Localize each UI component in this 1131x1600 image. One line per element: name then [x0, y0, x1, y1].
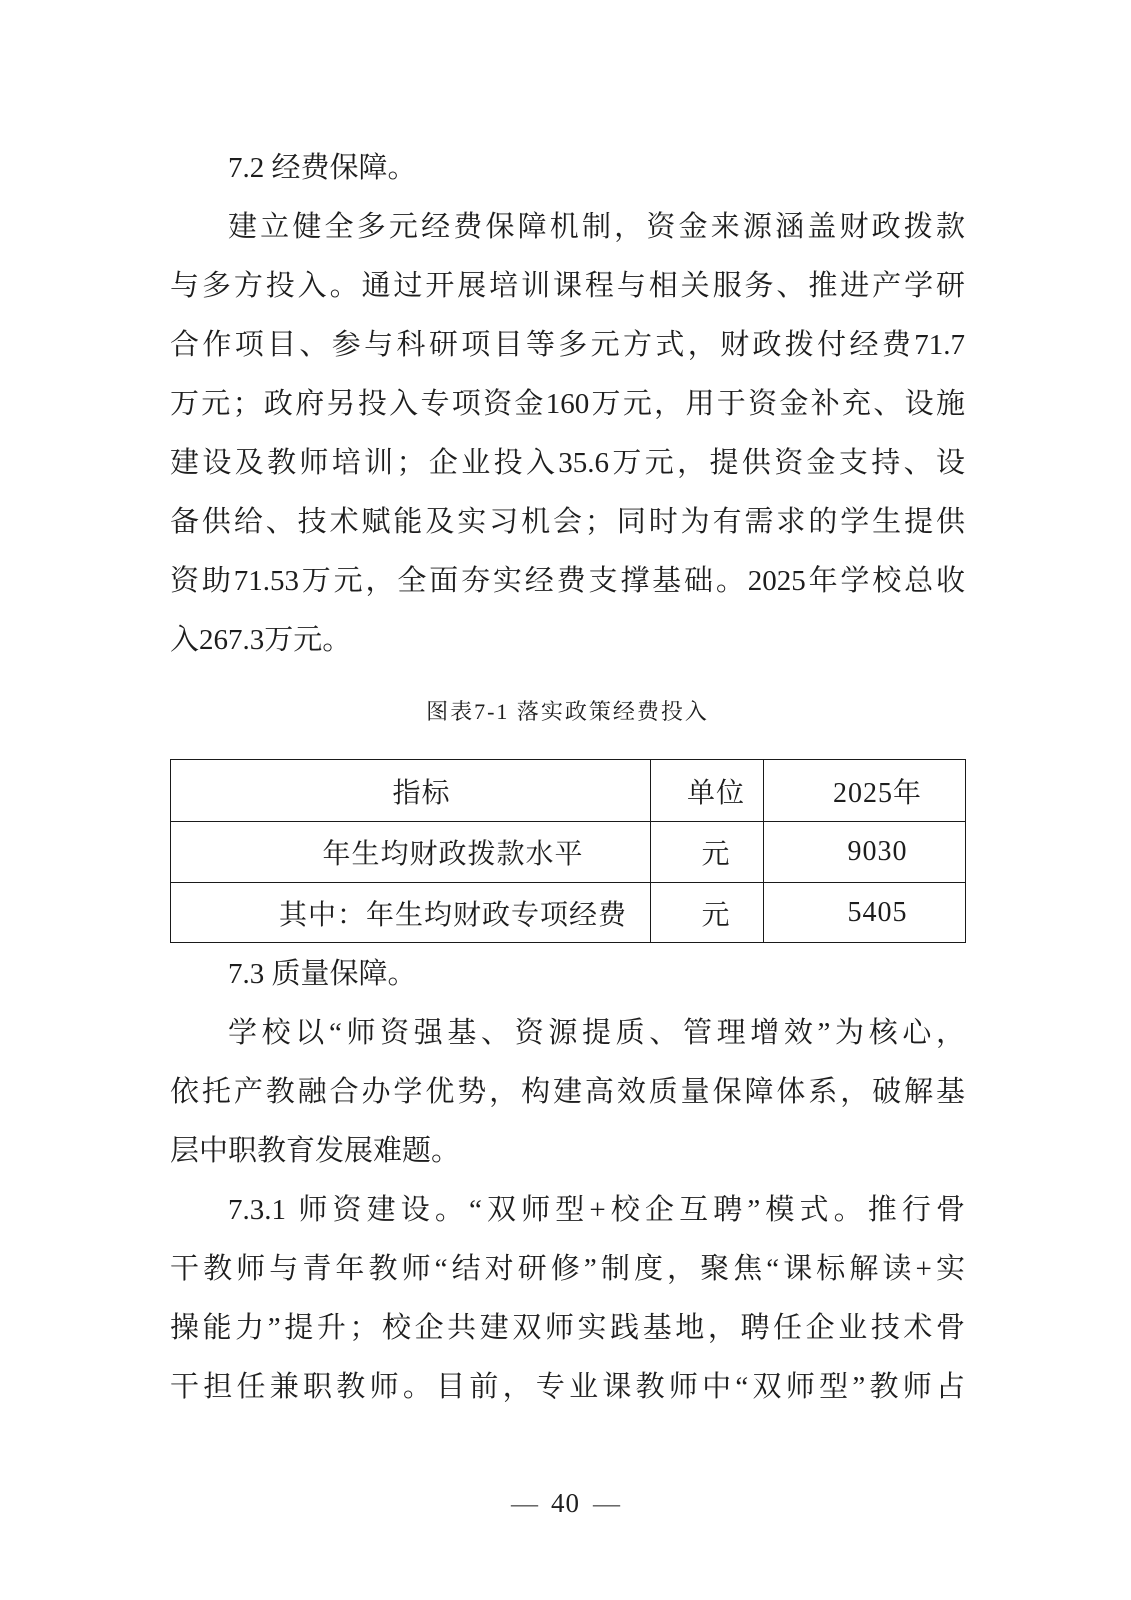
table-header-unit: 单位 [651, 760, 764, 822]
table-cell-unit: 元 [651, 822, 764, 883]
paragraph-line: 建设及教师培训；企业投入35.6万元，提供资金支持、设 [170, 434, 965, 493]
page-footer: —40— [0, 1488, 1131, 1519]
paragraph-line: 学校以“师资强基、资源提质、管理增效”为核心， [170, 1004, 965, 1063]
table-cell-unit: 元 [651, 883, 764, 943]
paragraph-line: 万元；政府另投入专项资金160万元，用于资金补充、设施 [170, 375, 965, 434]
footer-dash-right: — [593, 1488, 620, 1518]
paragraph-line: 操能力”提升；校企共建双师实践基地，聘任企业技术骨 [170, 1299, 965, 1358]
footer-dash-left: — [511, 1488, 538, 1518]
paragraph-line: 资助71.53万元，全面夯实经费支撑基础。2025年学校总收 [170, 552, 965, 611]
page-body: 7.2 经费保障。 建立健全多元经费保障机制，资金来源涵盖财政拨款 与多方投入。… [170, 139, 965, 1417]
paragraph-line: 入267.3万元。 [170, 611, 965, 670]
section-7-3-heading: 7.3 质量保障。 [170, 945, 965, 1004]
figure-table: 指标 单位 2025年 年生均财政拨款水平 元 9030 其中：年生均财政专项经… [170, 759, 966, 943]
table-cell-indicator: 年生均财政拨款水平 [171, 822, 651, 883]
document-page: 7.2 经费保障。 建立健全多元经费保障机制，资金来源涵盖财政拨款 与多方投入。… [0, 0, 1131, 1600]
subsection-7-3-1-line: 7.3.1 师资建设。“双师型+校企互聘”模式。推行骨 [170, 1181, 965, 1240]
paragraph-line: 备供给、技术赋能及实习机会；同时为有需求的学生提供 [170, 493, 965, 552]
table-row: 其中：年生均财政专项经费 元 5405 [171, 883, 966, 943]
paragraph-line: 层中职教育发展难题。 [170, 1122, 965, 1181]
table-row: 年生均财政拨款水平 元 9030 [171, 822, 966, 883]
table-cell-indicator: 其中：年生均财政专项经费 [171, 883, 651, 943]
section-7-2-heading: 7.2 经费保障。 [170, 139, 965, 198]
table-header-year: 2025年 [764, 760, 966, 822]
paragraph-line: 合作项目、参与科研项目等多元方式，财政拨付经费71.7 [170, 316, 965, 375]
paragraph-line: 与多方投入。通过开展培训课程与相关服务、推进产学研 [170, 257, 965, 316]
figure-caption: 图表7-1 落实政策经费投入 [170, 684, 965, 740]
table-cell-value: 9030 [764, 822, 966, 883]
page-number: 40 [551, 1488, 580, 1518]
paragraph-line: 建立健全多元经费保障机制，资金来源涵盖财政拨款 [170, 198, 965, 257]
table-header-indicator: 指标 [171, 760, 651, 822]
paragraph-line: 依托产教融合办学优势，构建高效质量保障体系，破解基 [170, 1063, 965, 1122]
table-header-row: 指标 单位 2025年 [171, 760, 966, 822]
table-cell-value: 5405 [764, 883, 966, 943]
paragraph-line: 干教师与青年教师“结对研修”制度，聚焦“课标解读+实 [170, 1240, 965, 1299]
paragraph-line: 干担任兼职教师。目前，专业课教师中“双师型”教师占 [170, 1358, 965, 1417]
